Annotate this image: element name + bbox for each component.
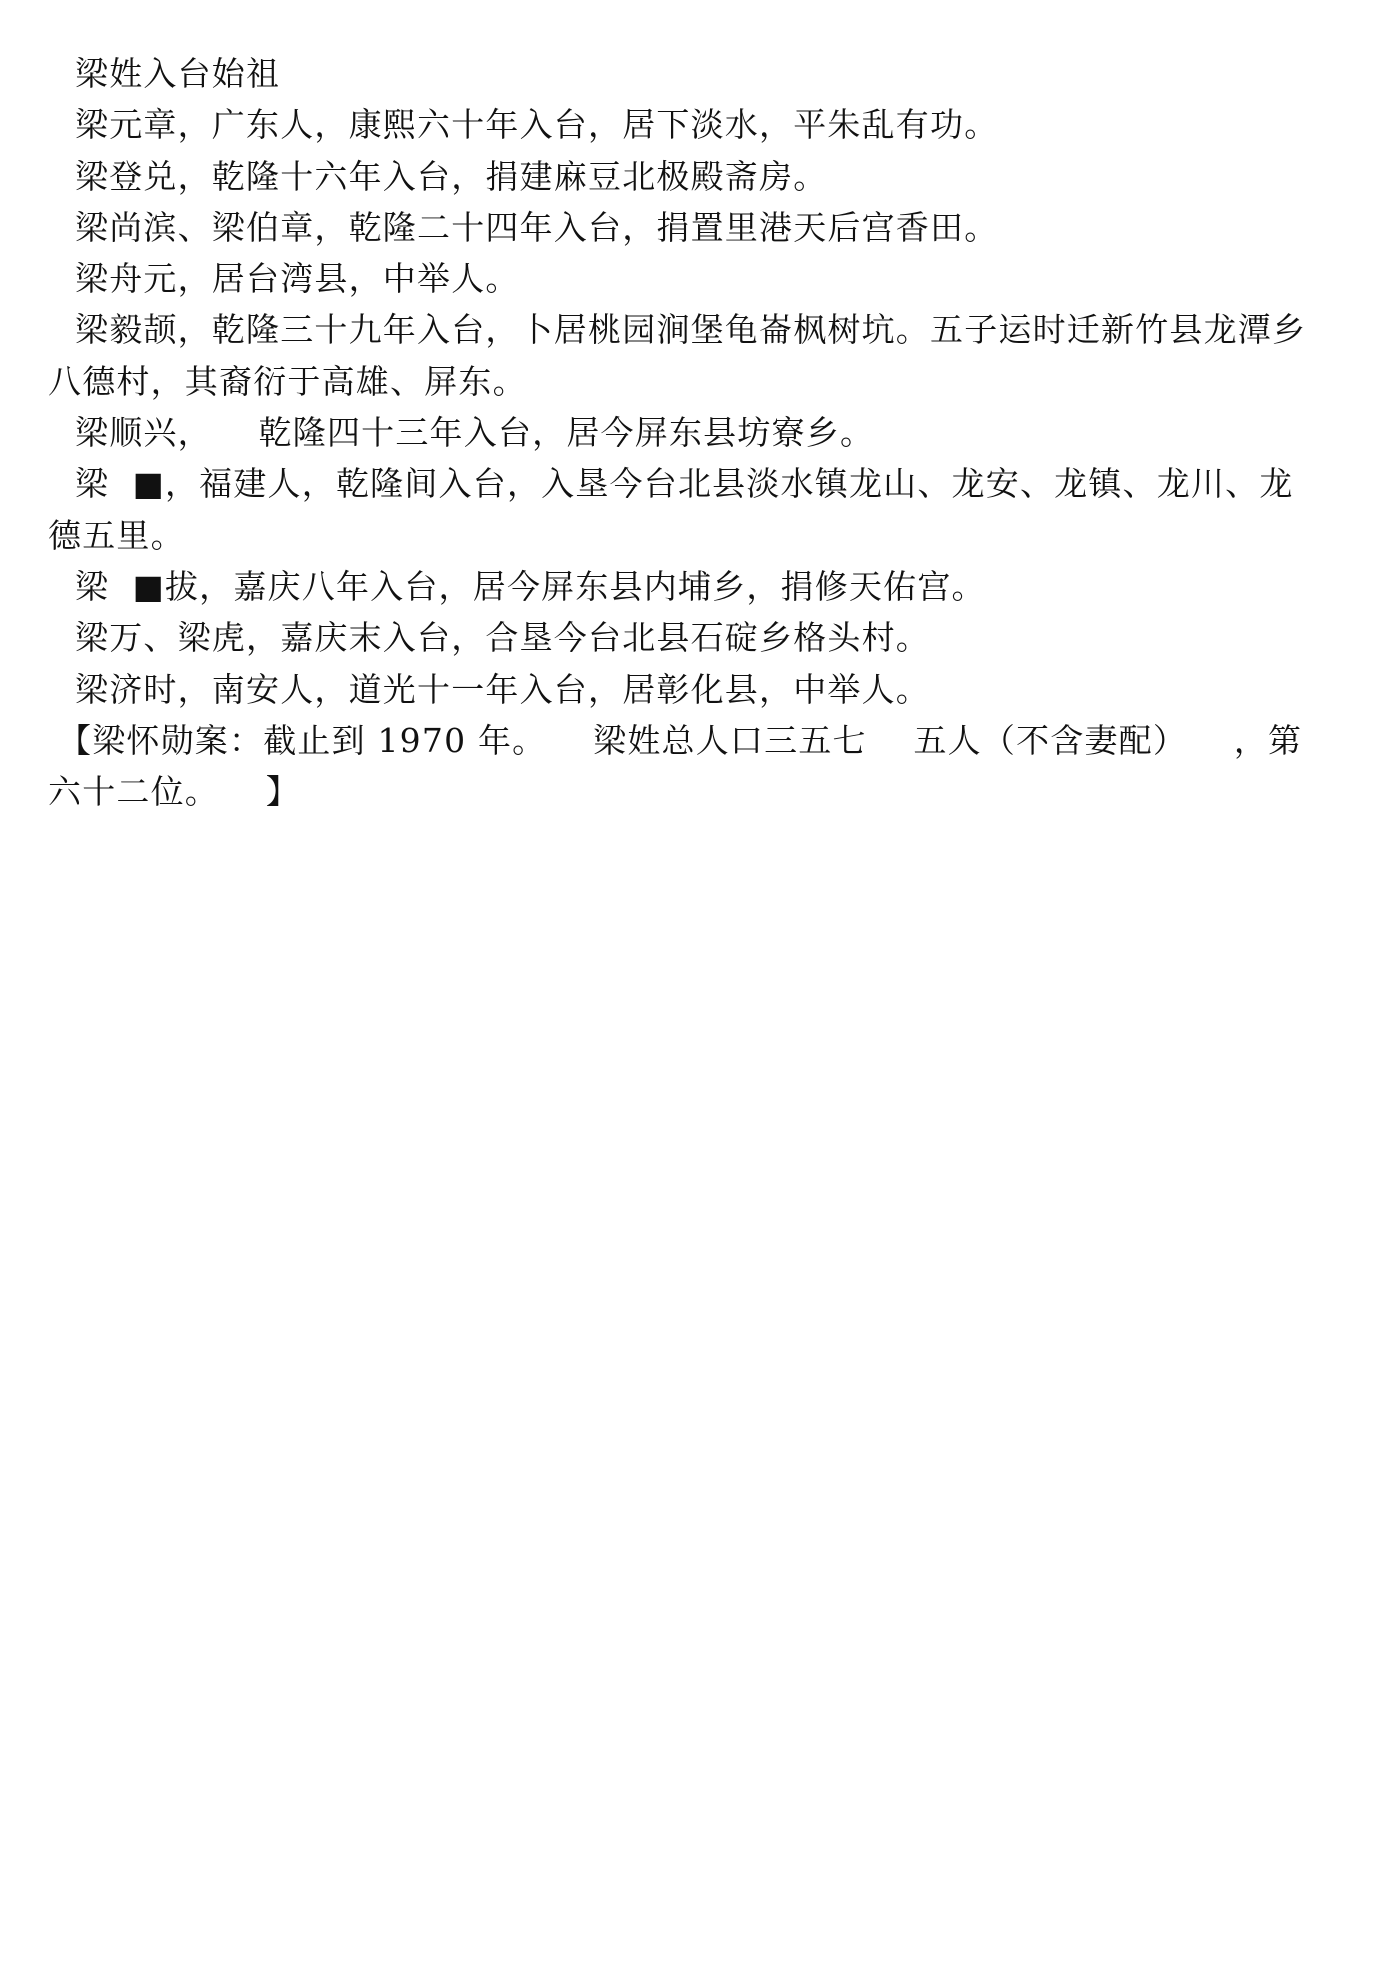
entry-liang-zhouyuan: 梁舟元，居台湾县，中举人。: [48, 253, 1318, 304]
entry-liang-shunxing: 梁顺兴， 乾隆四十三年入台，居今屏东县坊寮乡。: [48, 407, 1318, 458]
entry-liang-yijie: 梁毅颉，乾隆三十九年入台，卜居桃园涧堡龟崙枫树坑。五子运时迁新竹县龙潭乡八德村，…: [48, 304, 1318, 407]
entry-liang-unknown-fujian: 梁 ■，福建人，乾隆间入台，入垦今台北县淡水镇龙山、龙安、龙镇、龙川、龙德五里。: [48, 458, 1318, 561]
entry-liang-yuanzhang: 梁元章，广东人，康熙六十年入台，居下淡水，平朱乱有功。: [48, 99, 1318, 150]
document-page: 梁姓入台始祖 梁元章，广东人，康熙六十年入台，居下淡水，平朱乱有功。 梁登兑，乾…: [48, 48, 1318, 817]
editor-note: 【梁怀勋案：截止到 1970 年。 梁姓总人口三五七 五人（不含妻配） ，第六十…: [48, 715, 1318, 818]
document-title: 梁姓入台始祖: [48, 48, 1318, 99]
entry-liang-wan-hu: 梁万、梁虎，嘉庆末入台，合垦今台北县石碇乡格头村。: [48, 612, 1318, 663]
entry-liang-unknown-ba: 梁 ■拔，嘉庆八年入台，居今屏东县内埔乡，捐修天佑宫。: [48, 561, 1318, 612]
entry-liang-shangbin: 梁尚滨、梁伯章，乾隆二十四年入台，捐置里港天后宫香田。: [48, 202, 1318, 253]
entry-liang-jishi: 梁济时，南安人，道光十一年入台，居彰化县，中举人。: [48, 664, 1318, 715]
entry-liang-dengdui: 梁登兑，乾隆十六年入台，捐建麻豆北极殿斋房。: [48, 151, 1318, 202]
